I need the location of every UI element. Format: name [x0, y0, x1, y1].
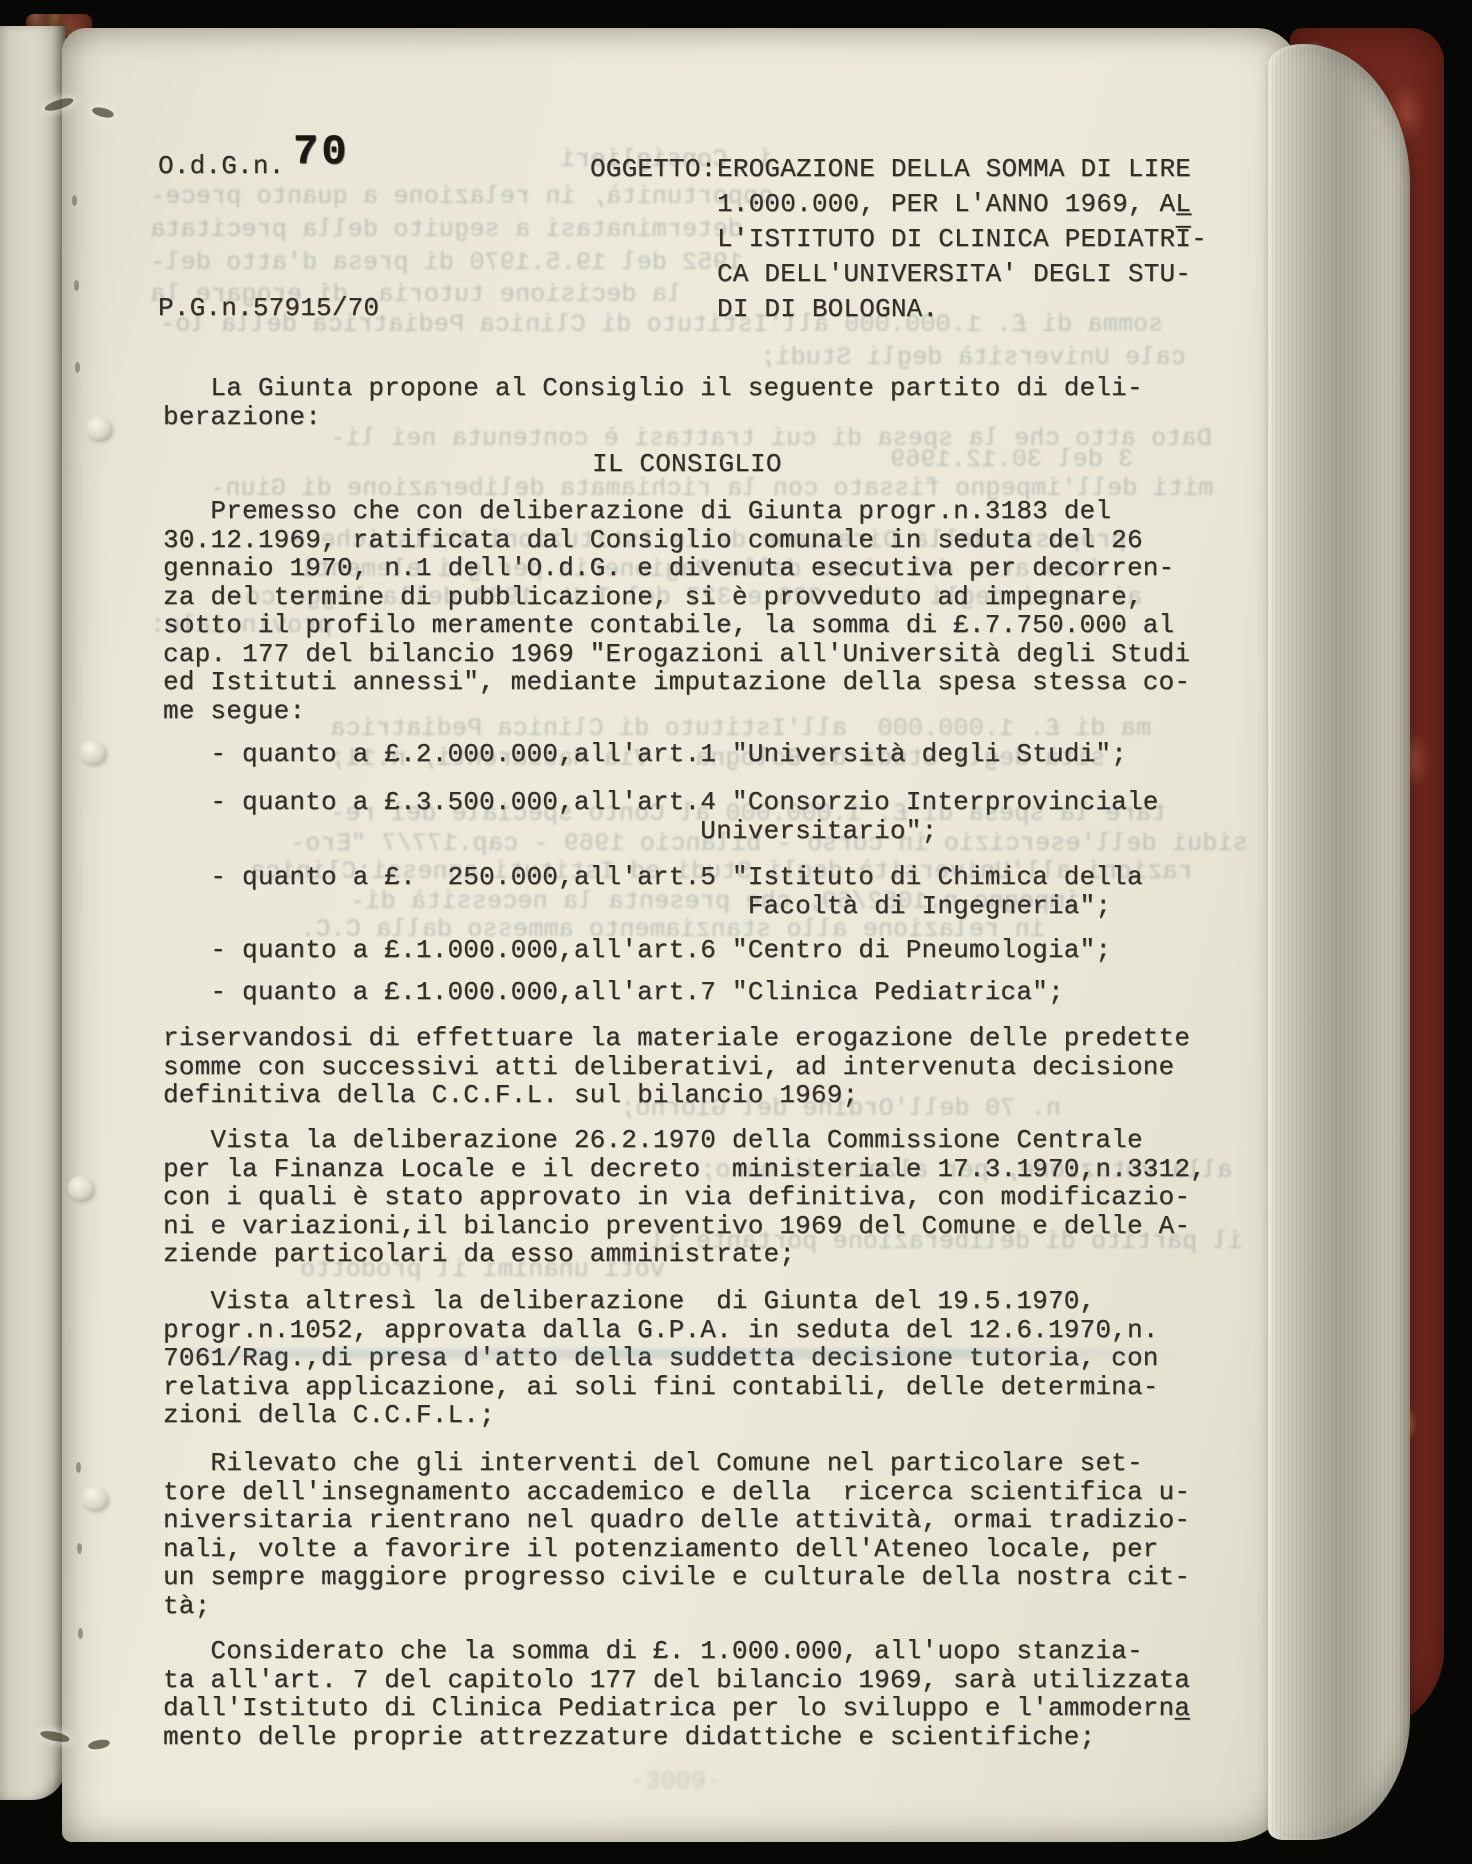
allocation-item-art6: - quanto a £.1.000.000,all'art.6 "Centro… — [163, 936, 1111, 965]
paragraph-vista-ccfl: Vista la deliberazione 26.2.1970 della C… — [163, 1126, 1206, 1269]
protocol-number: P.G.n.57915/70 — [158, 294, 379, 323]
odg-label: O.d.G.n. — [158, 152, 284, 181]
binder-hole — [82, 1486, 108, 1510]
bleedthrough-line: 1952 del 19.5.1970 di presa d'atto del- — [150, 249, 743, 277]
paragraph-rilevato: Rilevato che gli interventi del Comune n… — [163, 1449, 1190, 1620]
scan-smudge — [150, 1349, 1190, 1359]
allocation-item-art1: - quanto a £.2.000.000,all'art.1 "Univer… — [163, 740, 1127, 769]
stitch-mark — [78, 1628, 83, 1639]
page-stack-fore-edge — [1268, 44, 1410, 1840]
paragraph-riservandosi: riservandosi di effettuare la materiale … — [163, 1024, 1190, 1110]
bleedthrough-line: cale Università degli Studi; — [760, 344, 1186, 372]
stitch-mark — [74, 280, 79, 291]
binder-hole — [86, 416, 112, 440]
stitch-mark — [77, 1543, 82, 1554]
bleedthrough-line: -3009- — [630, 1768, 721, 1796]
paragraph-considerato: Considerato che la somma di £. 1.000.000… — [163, 1637, 1190, 1751]
odg-number: 70 — [293, 138, 349, 167]
allocation-item-art4: - quanto a £.3.500.000,all'art.4 "Consor… — [163, 788, 1159, 845]
paragraph-premesso: Premesso che con deliberazione di Giunta… — [163, 497, 1190, 725]
bleedthrough-line: determinatasi a seguito della precitata — [150, 216, 743, 244]
council-heading: IL CONSIGLIO — [592, 450, 782, 479]
bleedthrough-line: opportunità, in relazione a quanto prece… — [150, 183, 773, 211]
binder-hole — [68, 1176, 94, 1200]
allocation-item-art7: - quanto a £.1.000.000,all'art.7 "Clinic… — [163, 978, 1064, 1007]
subject-text: EROGAZIONE DELLA SOMMA DI LIRE 1.000.000… — [717, 152, 1207, 327]
stitch-mark — [72, 195, 77, 206]
stitch-mark — [75, 362, 80, 373]
subject-label: OGGETTO: — [590, 155, 716, 184]
allocation-item-art5: - quanto a £. 250.000,all'art.5 "Istitut… — [163, 863, 1143, 920]
stitch-mark — [76, 1462, 81, 1473]
binder-hole — [80, 740, 106, 764]
book-scan: i Consiglieriopportunità, in relazione a… — [0, 0, 1472, 1864]
paragraph-intro: La Giunta propone al Consiglio il seguen… — [163, 374, 1143, 431]
